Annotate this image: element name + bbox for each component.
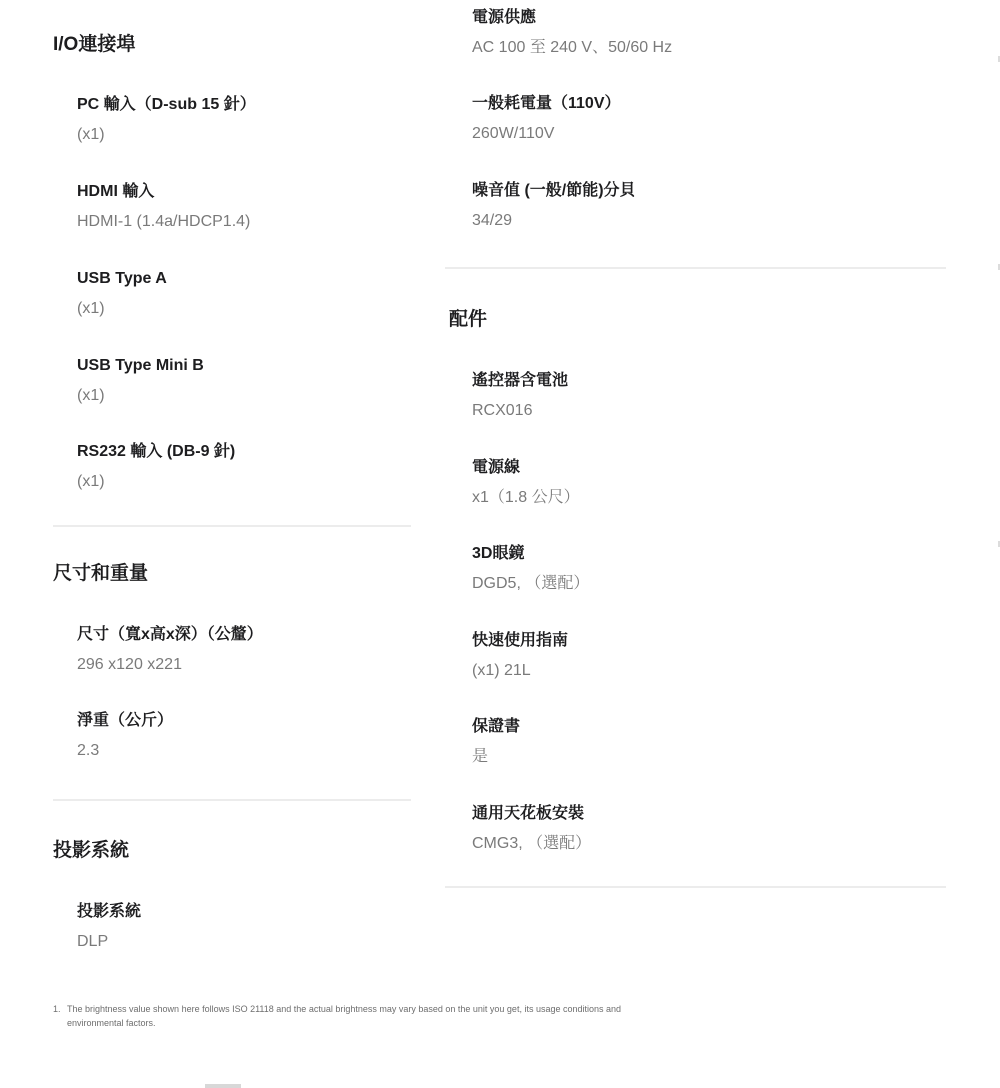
spec-label: USB Type A bbox=[77, 269, 167, 289]
spec-label: 電源供應 bbox=[472, 8, 672, 28]
spec-projection-system: 投影系統 DLP bbox=[77, 902, 141, 952]
section-title-io-ports: I/O連接埠 bbox=[53, 33, 135, 57]
spec-label: RS232 輸入 (DB-9 針) bbox=[77, 442, 235, 462]
spec-warranty: 保證書 是 bbox=[472, 717, 520, 767]
spec-power-supply: 電源供應 AC 100 至 240 V、50/60 Hz bbox=[472, 8, 672, 58]
spec-label: 3D眼鏡 bbox=[472, 544, 589, 564]
spec-power-cord: 電源線 x1（1.8 公尺） bbox=[472, 458, 580, 508]
spec-hdmi-input: HDMI 輸入 HDMI-1 (1.4a/HDCP1.4) bbox=[77, 182, 250, 232]
spec-value: (x1) bbox=[77, 472, 235, 492]
spec-dimensions: 尺寸（寬x高x深）（公釐） 296 x120 x221 bbox=[77, 625, 263, 675]
spec-rs232-input: RS232 輸入 (DB-9 針) (x1) bbox=[77, 442, 235, 492]
section-divider bbox=[53, 525, 411, 527]
spec-label: PC 輸入（D-sub 15 針） bbox=[77, 95, 256, 115]
cropped-text-fragment bbox=[205, 1084, 241, 1088]
spec-label: 投影系統 bbox=[77, 902, 141, 922]
spec-label: 淨重（公斤） bbox=[77, 711, 173, 731]
spec-noise-level: 噪音值 (一般/節能)分貝 34/29 bbox=[472, 181, 636, 231]
spec-value: (x1) 21L bbox=[472, 661, 568, 681]
section-divider bbox=[53, 799, 411, 801]
spec-label: 保證書 bbox=[472, 717, 520, 737]
spec-usb-mini-b: USB Type Mini B (x1) bbox=[77, 356, 204, 406]
spec-value: (x1) bbox=[77, 386, 204, 406]
spec-value: RCX016 bbox=[472, 401, 568, 421]
spec-value: 260W/110V bbox=[472, 124, 621, 144]
spec-value: AC 100 至 240 V、50/60 Hz bbox=[472, 38, 672, 58]
brightness-footnote: 1. The brightness value shown here follo… bbox=[53, 1002, 653, 1030]
spec-3d-glasses: 3D眼鏡 DGD5, （選配） bbox=[472, 544, 589, 594]
spec-quick-start-guide: 快速使用指南 (x1) 21L bbox=[472, 631, 568, 681]
section-divider bbox=[445, 267, 946, 269]
footnote-text: The brightness value shown here follows … bbox=[53, 1002, 653, 1030]
spec-usb-type-a: USB Type A (x1) bbox=[77, 269, 167, 319]
section-title-projection-system: 投影系統 bbox=[53, 839, 129, 863]
spec-value: CMG3, （選配） bbox=[472, 834, 591, 854]
spec-value: (x1) bbox=[77, 125, 256, 145]
spec-label: 遙控器含電池 bbox=[472, 371, 568, 391]
spec-ceiling-mount: 通用天花板安裝 CMG3, （選配） bbox=[472, 804, 591, 854]
spec-value: 2.3 bbox=[77, 741, 173, 761]
spec-value: HDMI-1 (1.4a/HDCP1.4) bbox=[77, 212, 250, 232]
section-divider bbox=[445, 886, 946, 888]
spec-pc-input: PC 輸入（D-sub 15 針） (x1) bbox=[77, 95, 256, 145]
spec-label: 尺寸（寬x高x深）（公釐） bbox=[77, 625, 263, 645]
section-title-accessories: 配件 bbox=[449, 308, 487, 332]
footnote-number: 1. bbox=[53, 1002, 61, 1016]
section-title-dimensions-weight: 尺寸和重量 bbox=[53, 562, 148, 586]
spec-value: DLP bbox=[77, 932, 141, 952]
spec-label: 噪音值 (一般/節能)分貝 bbox=[472, 181, 636, 201]
spec-value: 296 x120 x221 bbox=[77, 655, 263, 675]
spec-label: 電源線 bbox=[472, 458, 580, 478]
spec-power-consumption: 一般耗電量（110V） 260W/110V bbox=[472, 94, 621, 144]
spec-net-weight: 淨重（公斤） 2.3 bbox=[77, 711, 173, 761]
spec-value: (x1) bbox=[77, 299, 167, 319]
spec-value: 是 bbox=[472, 747, 520, 767]
spec-label: 快速使用指南 bbox=[472, 631, 568, 651]
spec-label: 一般耗電量（110V） bbox=[472, 94, 621, 114]
spec-remote-control: 遙控器含電池 RCX016 bbox=[472, 371, 568, 421]
spec-label: HDMI 輸入 bbox=[77, 182, 250, 202]
spec-value: x1（1.8 公尺） bbox=[472, 488, 580, 508]
spec-label: USB Type Mini B bbox=[77, 356, 204, 376]
spec-label: 通用天花板安裝 bbox=[472, 804, 591, 824]
spec-value: DGD5, （選配） bbox=[472, 574, 589, 594]
spec-value: 34/29 bbox=[472, 211, 636, 231]
